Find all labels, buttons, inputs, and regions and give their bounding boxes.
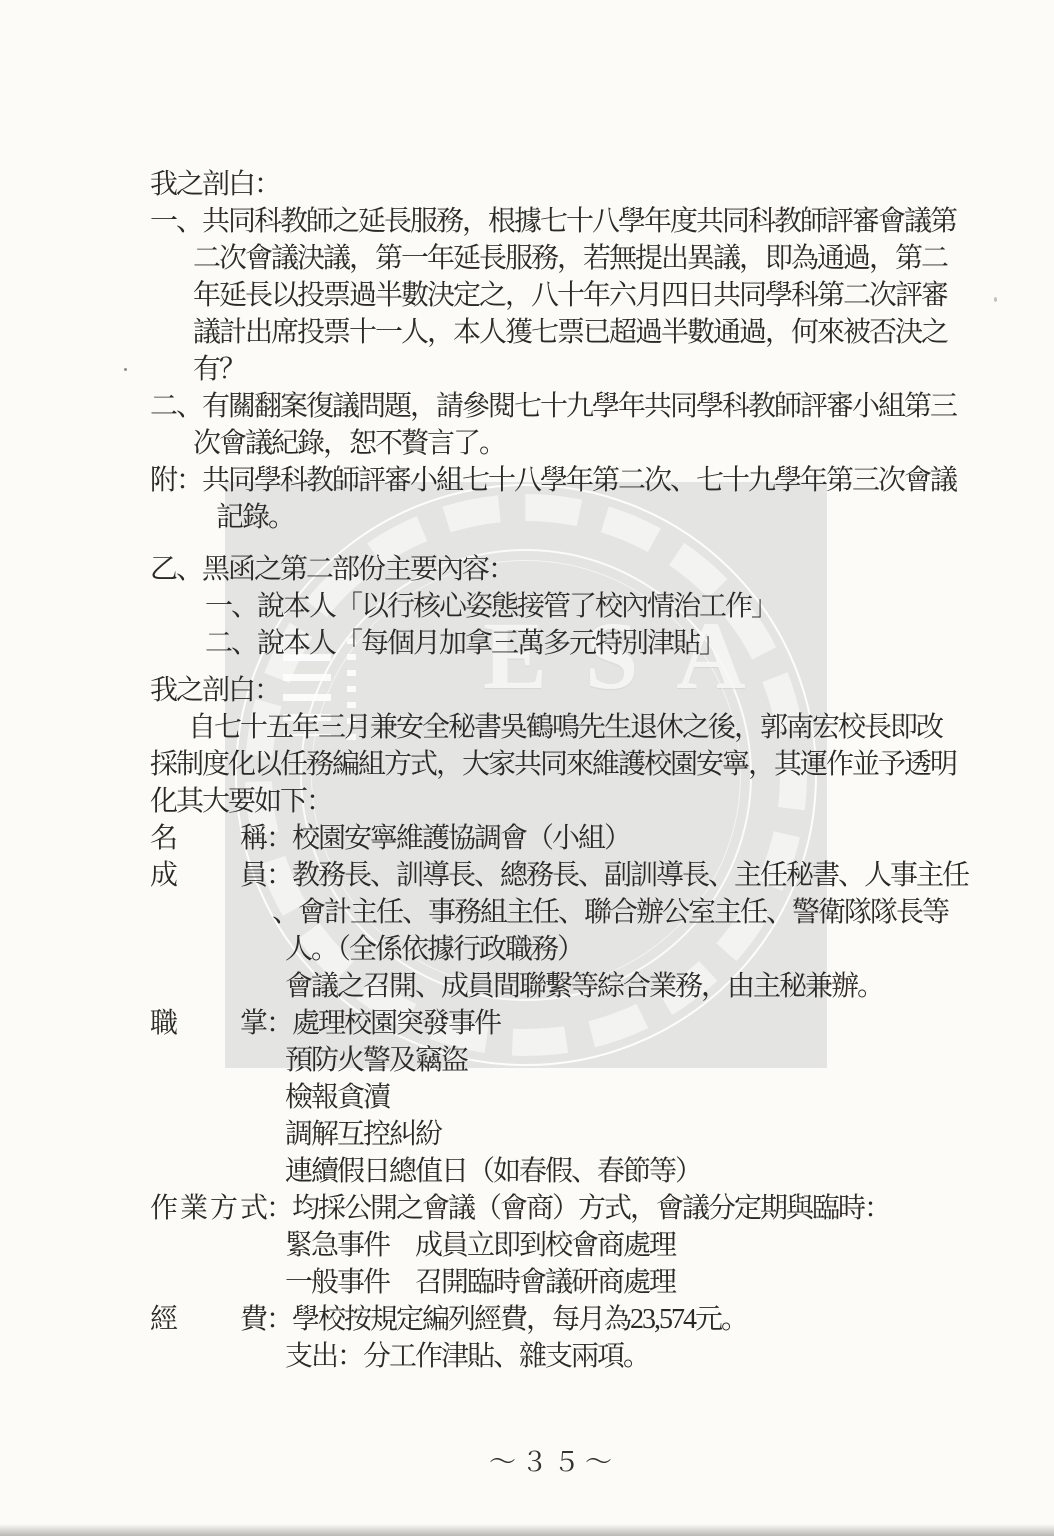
line-text: 有？ <box>193 354 245 385</box>
line-text: 支出：分工作津貼、雜支兩項。 <box>285 1341 649 1372</box>
text-line: 二次會議決議，第一年延長服務，若無提出異議，即為通過，第二 <box>0 240 1054 277</box>
scan-speck <box>994 297 997 302</box>
text-line: 我之剖白： <box>0 166 1054 203</box>
text-line: 一、說本人「以行核心姿態接管了校內情治工作」 <box>0 588 1054 625</box>
line-text: 二、有關翻案復議問題，請參閱七十九學年共同學科教師評審小組第三 <box>150 391 956 422</box>
line-text: ：校園安寧維護協調會（小組） <box>266 823 630 854</box>
text-line: 調解互控糾紛 <box>0 1116 1054 1153</box>
scanned-page: E S A 我之剖白：一、共同科教師之延長服務，根據七十八學年度共同科教師評審會… <box>0 0 1054 1536</box>
line-text: 二次會議決議，第一年延長服務，若無提出異議，即為通過，第二 <box>193 243 947 274</box>
document-body: 我之剖白：一、共同科教師之延長服務，根據七十八學年度共同科教師評審會議第二次會議… <box>0 166 1054 1375</box>
text-line: 預防火警及竊盜 <box>0 1042 1054 1079</box>
text-line: 一般事件 召開臨時會議研商處理 <box>0 1264 1054 1301</box>
line-text: 次會議紀錄，恕不贅言了。 <box>193 428 505 459</box>
line-text: 記錄。 <box>216 502 294 533</box>
field-label: 成員 <box>150 857 266 894</box>
line-text: 連續假日總值日（如春假、春節等） <box>285 1156 701 1187</box>
text-line: 自七十五年三月兼安全秘書吳鶴鳴先生退休之後，郭南宏校長即改 <box>0 709 1054 746</box>
page-footer: ～３５～ <box>0 1440 1054 1479</box>
field-label: 作業方式 <box>150 1190 266 1227</box>
text-line: 檢報貪瀆 <box>0 1079 1054 1116</box>
text-line: 人。（全係依據行政職務） <box>0 931 1054 968</box>
line-text: 採制度化以任務編組方式，大家共同來維護校園安寧，其運作並予透明 <box>150 749 956 780</box>
line-text: 、會計主任、事務組主任、聯合辦公室主任、警衛隊隊長等 <box>272 897 948 928</box>
line-text: 檢報貪瀆 <box>285 1082 389 1113</box>
line-text: ：學校按規定編列經費，每月為23,574元。 <box>266 1304 747 1335</box>
text-line: 、會計主任、事務組主任、聯合辦公室主任、警衛隊隊長等 <box>0 894 1054 931</box>
text-line: 作業方式：均採公開之會議（會商）方式，會議分定期與臨時： <box>0 1190 1054 1227</box>
text-line: 有？ <box>0 351 1054 388</box>
text-line: 乙、黑函之第二部份主要內容： <box>0 551 1054 588</box>
text-line: 化其大要如下： <box>0 783 1054 820</box>
text-line: 我之剖白： <box>0 672 1054 709</box>
line-text: 一、共同科教師之延長服務，根據七十八學年度共同科教師評審會議第 <box>150 206 956 237</box>
text-line: 連續假日總值日（如春假、春節等） <box>0 1153 1054 1190</box>
line-text: 人。（全係依據行政職務） <box>285 934 583 965</box>
line-text: 調解互控糾紛 <box>285 1119 441 1150</box>
scan-edge-shadow <box>0 1524 1054 1536</box>
line-text: 化其大要如下： <box>150 786 332 817</box>
page-number: ～３５～ <box>489 1447 617 1477</box>
text-line: 名稱：校園安寧維護協調會（小組） <box>0 820 1054 857</box>
text-line: 二、有關翻案復議問題，請參閱七十九學年共同學科教師評審小組第三 <box>0 388 1054 425</box>
line-text: ：均採公開之會議（會商）方式，會議分定期與臨時： <box>266 1193 890 1224</box>
line-text: 會議之召開、成員間聯繫等綜合業務，由主秘兼辦。 <box>285 971 883 1002</box>
text-line: 記錄。 <box>0 499 1054 536</box>
field-label: 名稱 <box>150 820 266 857</box>
line-text: 年延長以投票過半數決定之，八十年六月四日共同學科第二次評審 <box>193 280 947 311</box>
text-line: 職掌：處理校園突發事件 <box>0 1005 1054 1042</box>
line-text: 一、說本人「以行核心姿態接管了校內情治工作」 <box>205 591 777 622</box>
line-text: 二、說本人「每個月加拿三萬多元特別津貼」 <box>205 628 725 659</box>
text-line: 採制度化以任務編組方式，大家共同來維護校園安寧，其運作並予透明 <box>0 746 1054 783</box>
text-line: 附：共同學科教師評審小組七十八學年第二次、七十九學年第三次會議 <box>0 462 1054 499</box>
text-line: 年延長以投票過半數決定之，八十年六月四日共同學科第二次評審 <box>0 277 1054 314</box>
field-label: 經費 <box>150 1301 266 1338</box>
line-text: 緊急事件 成員立即到校會商處理 <box>285 1230 675 1261</box>
line-text: 乙、黑函之第二部份主要內容： <box>150 554 514 585</box>
line-text: 自七十五年三月兼安全秘書吳鶴鳴先生退休之後，郭南宏校長即改 <box>188 712 942 743</box>
text-line: 二、說本人「每個月加拿三萬多元特別津貼」 <box>0 625 1054 662</box>
text-line: 成員：教務長、訓導長、總務長、副訓導長、主任秘書、人事主任 <box>0 857 1054 894</box>
text-line: 議計出席投票十一人，本人獲七票已超過半數通過，何來被否決之 <box>0 314 1054 351</box>
line-text: 議計出席投票十一人，本人獲七票已超過半數通過，何來被否決之 <box>193 317 947 348</box>
text-line: 支出：分工作津貼、雜支兩項。 <box>0 1338 1054 1375</box>
line-text: 一般事件 召開臨時會議研商處理 <box>285 1267 675 1298</box>
line-text: ：處理校園突發事件 <box>266 1008 500 1039</box>
scan-speck <box>124 368 127 371</box>
line-text: 附：共同學科教師評審小組七十八學年第二次、七十九學年第三次會議 <box>150 465 956 496</box>
field-label: 職掌 <box>150 1005 266 1042</box>
line-text: 我之剖白： <box>150 169 280 200</box>
line-text: ：教務長、訓導長、總務長、副訓導長、主任秘書、人事主任 <box>266 860 968 891</box>
line-text: 我之剖白： <box>150 675 280 706</box>
text-line: 一、共同科教師之延長服務，根據七十八學年度共同科教師評審會議第 <box>0 203 1054 240</box>
text-line: 經費：學校按規定編列經費，每月為23,574元。 <box>0 1301 1054 1338</box>
text-line: 會議之召開、成員間聯繫等綜合業務，由主秘兼辦。 <box>0 968 1054 1005</box>
line-text: 預防火警及竊盜 <box>285 1045 467 1076</box>
text-line: 緊急事件 成員立即到校會商處理 <box>0 1227 1054 1264</box>
text-line: 次會議紀錄，恕不贅言了。 <box>0 425 1054 462</box>
